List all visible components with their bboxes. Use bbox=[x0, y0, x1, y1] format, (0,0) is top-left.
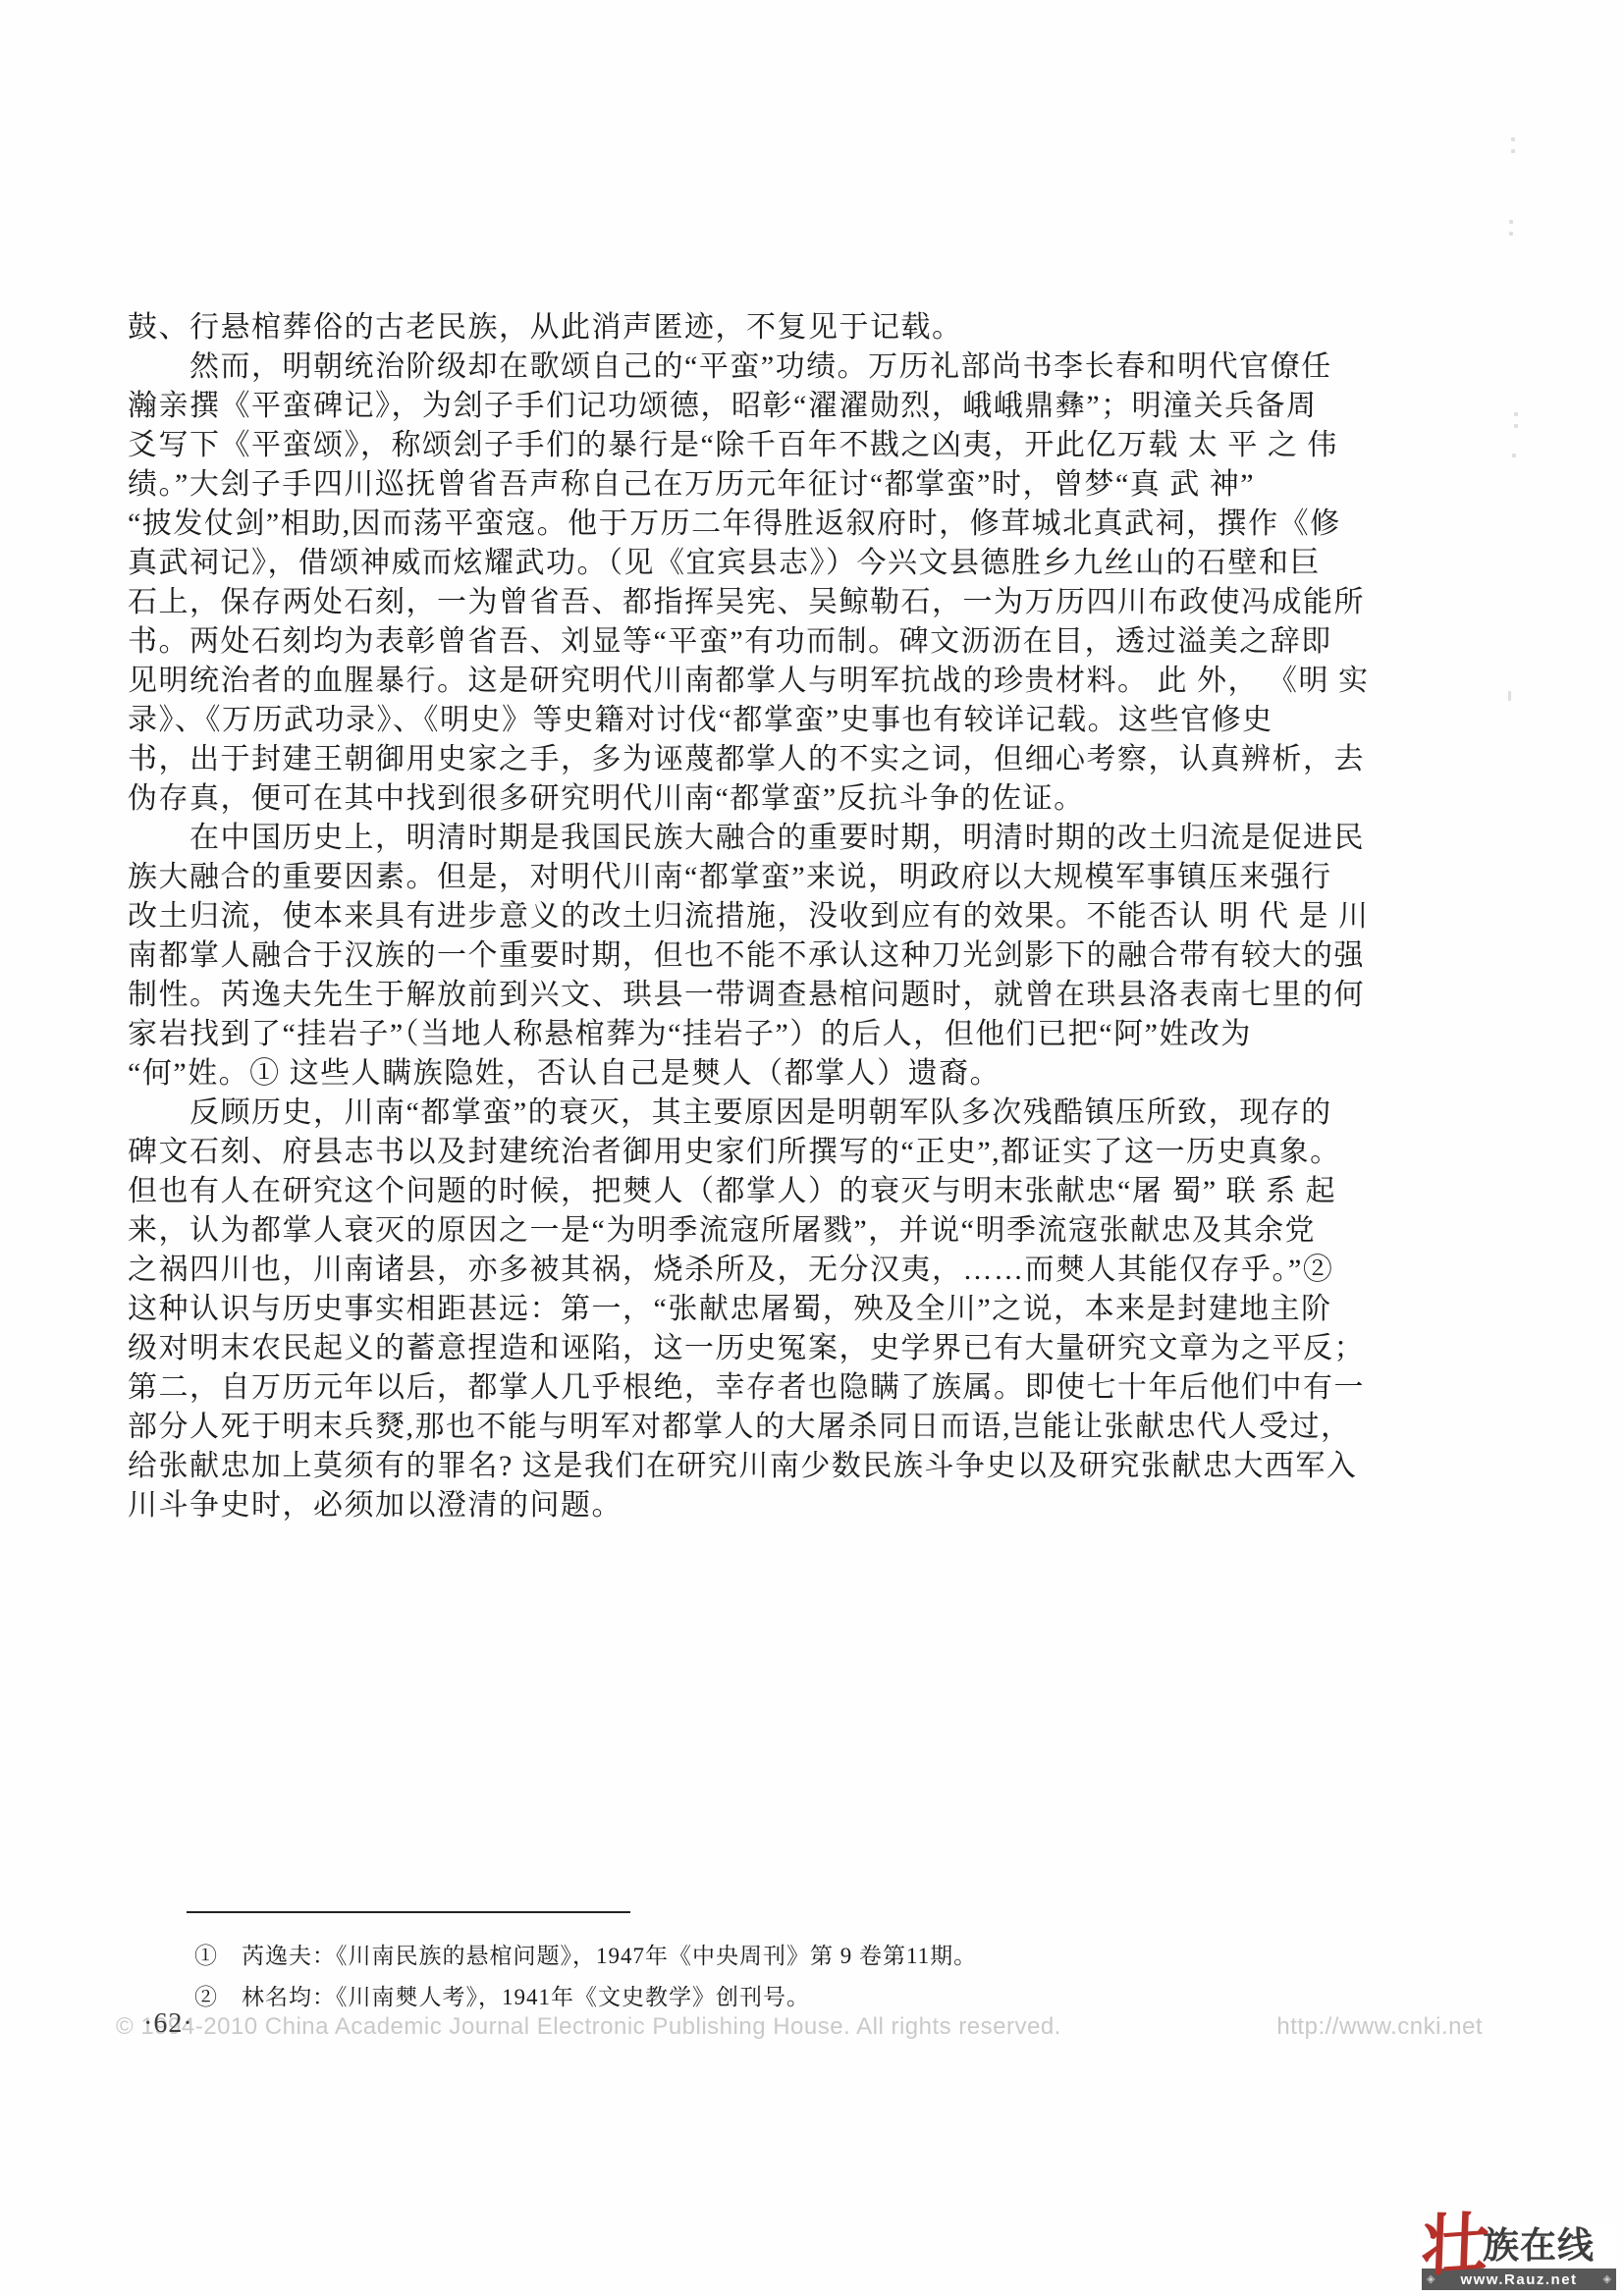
text-line: “披发仗剑”相助,因而荡平蛮寇。他于万历二年得胜返叙府时，修茸城北真武祠，撰作《… bbox=[128, 505, 1380, 544]
diamond-icon: ◈ bbox=[1603, 2274, 1611, 2285]
scanned-journal-page: 鼓、行悬棺葬俗的古老民族，从此消声匿迹，不复见于记载。 然而，明朝统治阶级却在歌… bbox=[0, 0, 1624, 2296]
text-line: 这种认识与历史事实相距甚远：第一，“张献忠屠蜀，殃及全川”之说，本来是封建地主阶 bbox=[128, 1290, 1380, 1329]
text-line: 真武祠记》，借颂神威而炫耀武功。（见《宜宾县志》）今兴文县德胜乡九丝山的石壁和巨 bbox=[128, 544, 1380, 583]
text-line: 来，认为都掌人衰灭的原因之一是“为明季流寇所屠戮”，并说“明季流寇张献忠及其余党 bbox=[128, 1211, 1380, 1251]
text-line: 改土归流，使本来具有进步意义的改土归流措施，没收到应有的效果。不能否认 明 代 … bbox=[128, 897, 1380, 936]
logo-site-name: 族在线 bbox=[1483, 2227, 1595, 2267]
text-line: 鼓、行悬棺葬俗的古老民族，从此消声匿迹，不复见于记载。 bbox=[128, 308, 1380, 347]
footnote: ① 芮逸夫：《川南民族的悬棺问题》，1947年《中央周刊》第 9 卷第11期。 bbox=[194, 1936, 977, 1977]
text-line: 南都掌人融合于汉族的一个重要时期，但也不能不承认这种刀光剑影下的融合带有较大的强 bbox=[128, 936, 1380, 976]
text-line: 伪存真，便可在其中找到很多研究明代川南“都掌蛮”反抗斗争的佐证。 bbox=[128, 779, 1380, 819]
scan-artifact bbox=[1509, 220, 1513, 224]
scan-artifact bbox=[1508, 691, 1511, 701]
text-line: 给张献忠加上莫须有的罪名? 这是我们在研究川南少数民族斗争史以及研究张献忠大西军… bbox=[128, 1447, 1380, 1486]
article-body: 鼓、行悬棺葬俗的古老民族，从此消声匿迹，不复见于记载。 然而，明朝统治阶级却在歌… bbox=[128, 308, 1380, 1525]
text-line: 见明统治者的血腥暴行。这是研究明代川南都掌人与明军抗战的珍贵材料。 此 外， 《… bbox=[128, 662, 1380, 701]
footnote: ② 林名均：《川南僰人考》，1941年《文史教学》创刊号。 bbox=[194, 1977, 977, 2018]
page-number: ·62· bbox=[143, 2008, 193, 2040]
text-line: 川斗争史时，必须加以澄清的问题。 bbox=[128, 1486, 1380, 1525]
rauz-logo: 壮 族在线 ◈ www.Rauz.net ◈ bbox=[1422, 2225, 1616, 2290]
text-line: 之祸四川也，川南诸县，亦多被其祸，烧杀所及，无分汉夷，……而僰人其能仅存乎。”② bbox=[128, 1251, 1380, 1290]
footnotes: ① 芮逸夫：《川南民族的悬棺问题》，1947年《中央周刊》第 9 卷第11期。 … bbox=[194, 1936, 977, 2018]
footnote-divider bbox=[187, 1911, 630, 1913]
text-line: “何”姓。① 这些人瞒族隐姓，否认自己是僰人（都掌人）遗裔。 bbox=[128, 1054, 1380, 1094]
text-line: 书，出于封建王朝御用史家之手，多为诬蔑都掌人的不实之词，但细心考察，认真辨析，去 bbox=[128, 740, 1380, 779]
scan-artifact bbox=[1514, 424, 1518, 428]
text-line: 第二，自万历元年以后，都掌人几乎根绝，幸存者也隐瞒了族属。即使七十年后他们中有一 bbox=[128, 1368, 1380, 1408]
logo-zhuang-character: 壮 bbox=[1421, 2210, 1490, 2281]
text-line: 但也有人在研究这个问题的时候，把僰人（都掌人）的衰灭与明末张献忠“屠 蜀” 联 … bbox=[128, 1172, 1380, 1211]
watermark: © 1994-2010 China Academic Journal Elect… bbox=[116, 2013, 1483, 2041]
scan-artifact bbox=[1509, 232, 1513, 236]
text-line: 绩。”大刽子手四川巡抚曾省吾声称自己在万历元年征讨“都掌蛮”时，曾梦“真 武 神… bbox=[128, 465, 1380, 505]
text-line: 录》、《万历武功录》、《明史》等史籍对讨伐“都掌蛮”史事也有较详记载。这些官修史 bbox=[128, 701, 1380, 740]
watermark-copyright: © 1994-2010 China Academic Journal Elect… bbox=[116, 2013, 1061, 2041]
text-line: 级对明末农民起义的蓄意捏造和诬陷，这一历史冤案，史学界已有大量研究文章为之平反； bbox=[128, 1329, 1380, 1368]
scan-artifact bbox=[1511, 149, 1515, 153]
text-line: 碑文石刻、府县志书以及封建统治者御用史家们所撰写的“正史”,都证实了这一历史真象… bbox=[128, 1133, 1380, 1172]
text-line: 制性。芮逸夫先生于解放前到兴文、珙县一带调查悬棺问题时，就曾在珙县洛表南七里的何 bbox=[128, 976, 1380, 1015]
text-line: 部分人死于明末兵燹,那也不能与明军对都掌人的大屠杀同日而语,岂能让张献忠代人受过… bbox=[128, 1408, 1380, 1447]
scan-artifact bbox=[1512, 454, 1516, 457]
watermark-url: http://www.cnki.net bbox=[1276, 2013, 1483, 2041]
scan-artifact bbox=[1514, 412, 1518, 416]
text-line: 石上，保存两处石刻，一为曾省吾、都指挥吴宪、吴鲸勒石，一为万历四川布政使冯成能所 bbox=[128, 583, 1380, 622]
text-line: 然而，明朝统治阶级却在歌颂自己的“平蛮”功绩。万历礼部尚书李长春和明代官僚任 bbox=[128, 347, 1380, 387]
text-line: 反顾历史，川南“都掌蛮”的衰灭，其主要原因是明朝军队多次残酷镇压所致，现存的 bbox=[128, 1094, 1380, 1133]
text-line: 爻写下《平蛮颂》，称颂刽子手们的暴行是“除千百年不戡之凶夷，开此亿万载 太 平 … bbox=[128, 426, 1380, 465]
text-line: 瀚亲撰《平蛮碑记》，为刽子手们记功颂德，昭彰“濯濯勋烈，峨峨鼎彝”；明潼关兵备周 bbox=[128, 387, 1380, 426]
text-line: 在中国历史上，明清时期是我国民族大融合的重要时期，明清时期的改土归流是促进民 bbox=[128, 819, 1380, 858]
text-line: 族大融合的重要因素。但是，对明代川南“都掌蛮”来说，明政府以大规模军事镇压来强行 bbox=[128, 858, 1380, 897]
text-line: 家岩找到了“挂岩子”（当地人称悬棺葬为“挂岩子”）的后人，但他们已把“阿”姓改为 bbox=[128, 1015, 1380, 1054]
scan-artifact bbox=[1511, 137, 1515, 141]
text-line: 书。两处石刻均为表彰曾省吾、刘显等“平蛮”有功而制。碑文沥沥在目，透过溢美之辞即 bbox=[128, 622, 1380, 662]
